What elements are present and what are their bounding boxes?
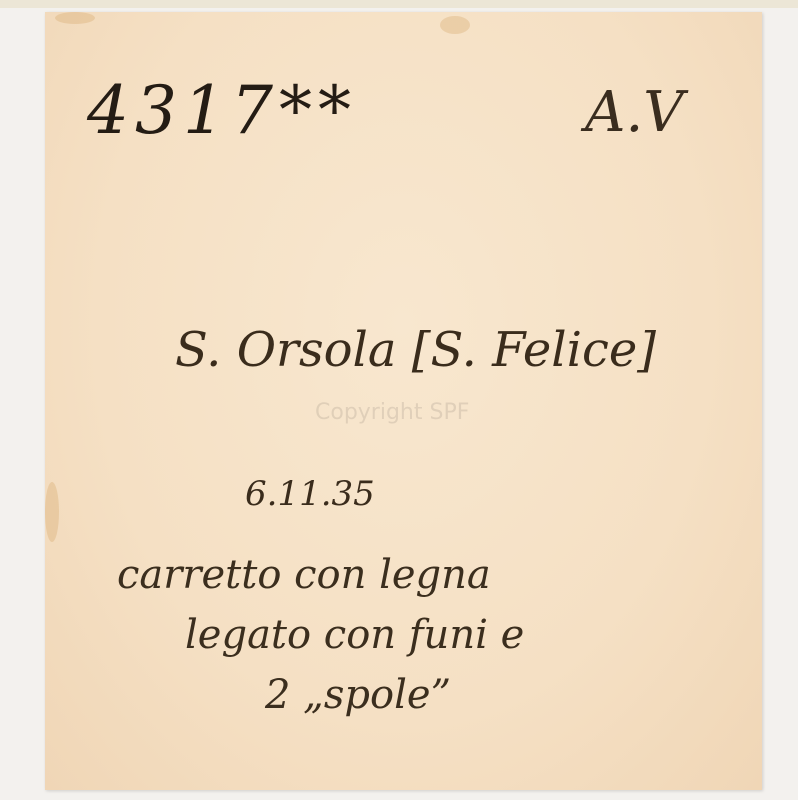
watermark: Copyright SPF <box>315 400 469 425</box>
date: 6.11.35 <box>245 474 375 514</box>
description-line: legato con funi e <box>185 612 524 658</box>
catalog-number: 4317** <box>87 72 357 149</box>
place-name: S. Orsola [S. Felice] <box>175 322 656 378</box>
paper-stain <box>45 482 59 542</box>
initials: A.V <box>585 80 684 145</box>
description-line: 2 „spole” <box>265 672 451 718</box>
paper-stain <box>440 16 470 34</box>
description-line: carretto con legna <box>117 552 491 598</box>
top-edge-strip <box>0 0 798 8</box>
paper-stain <box>55 12 95 24</box>
archival-card: 4317** A.V Copyright SPF S. Orsola [S. F… <box>45 12 762 790</box>
